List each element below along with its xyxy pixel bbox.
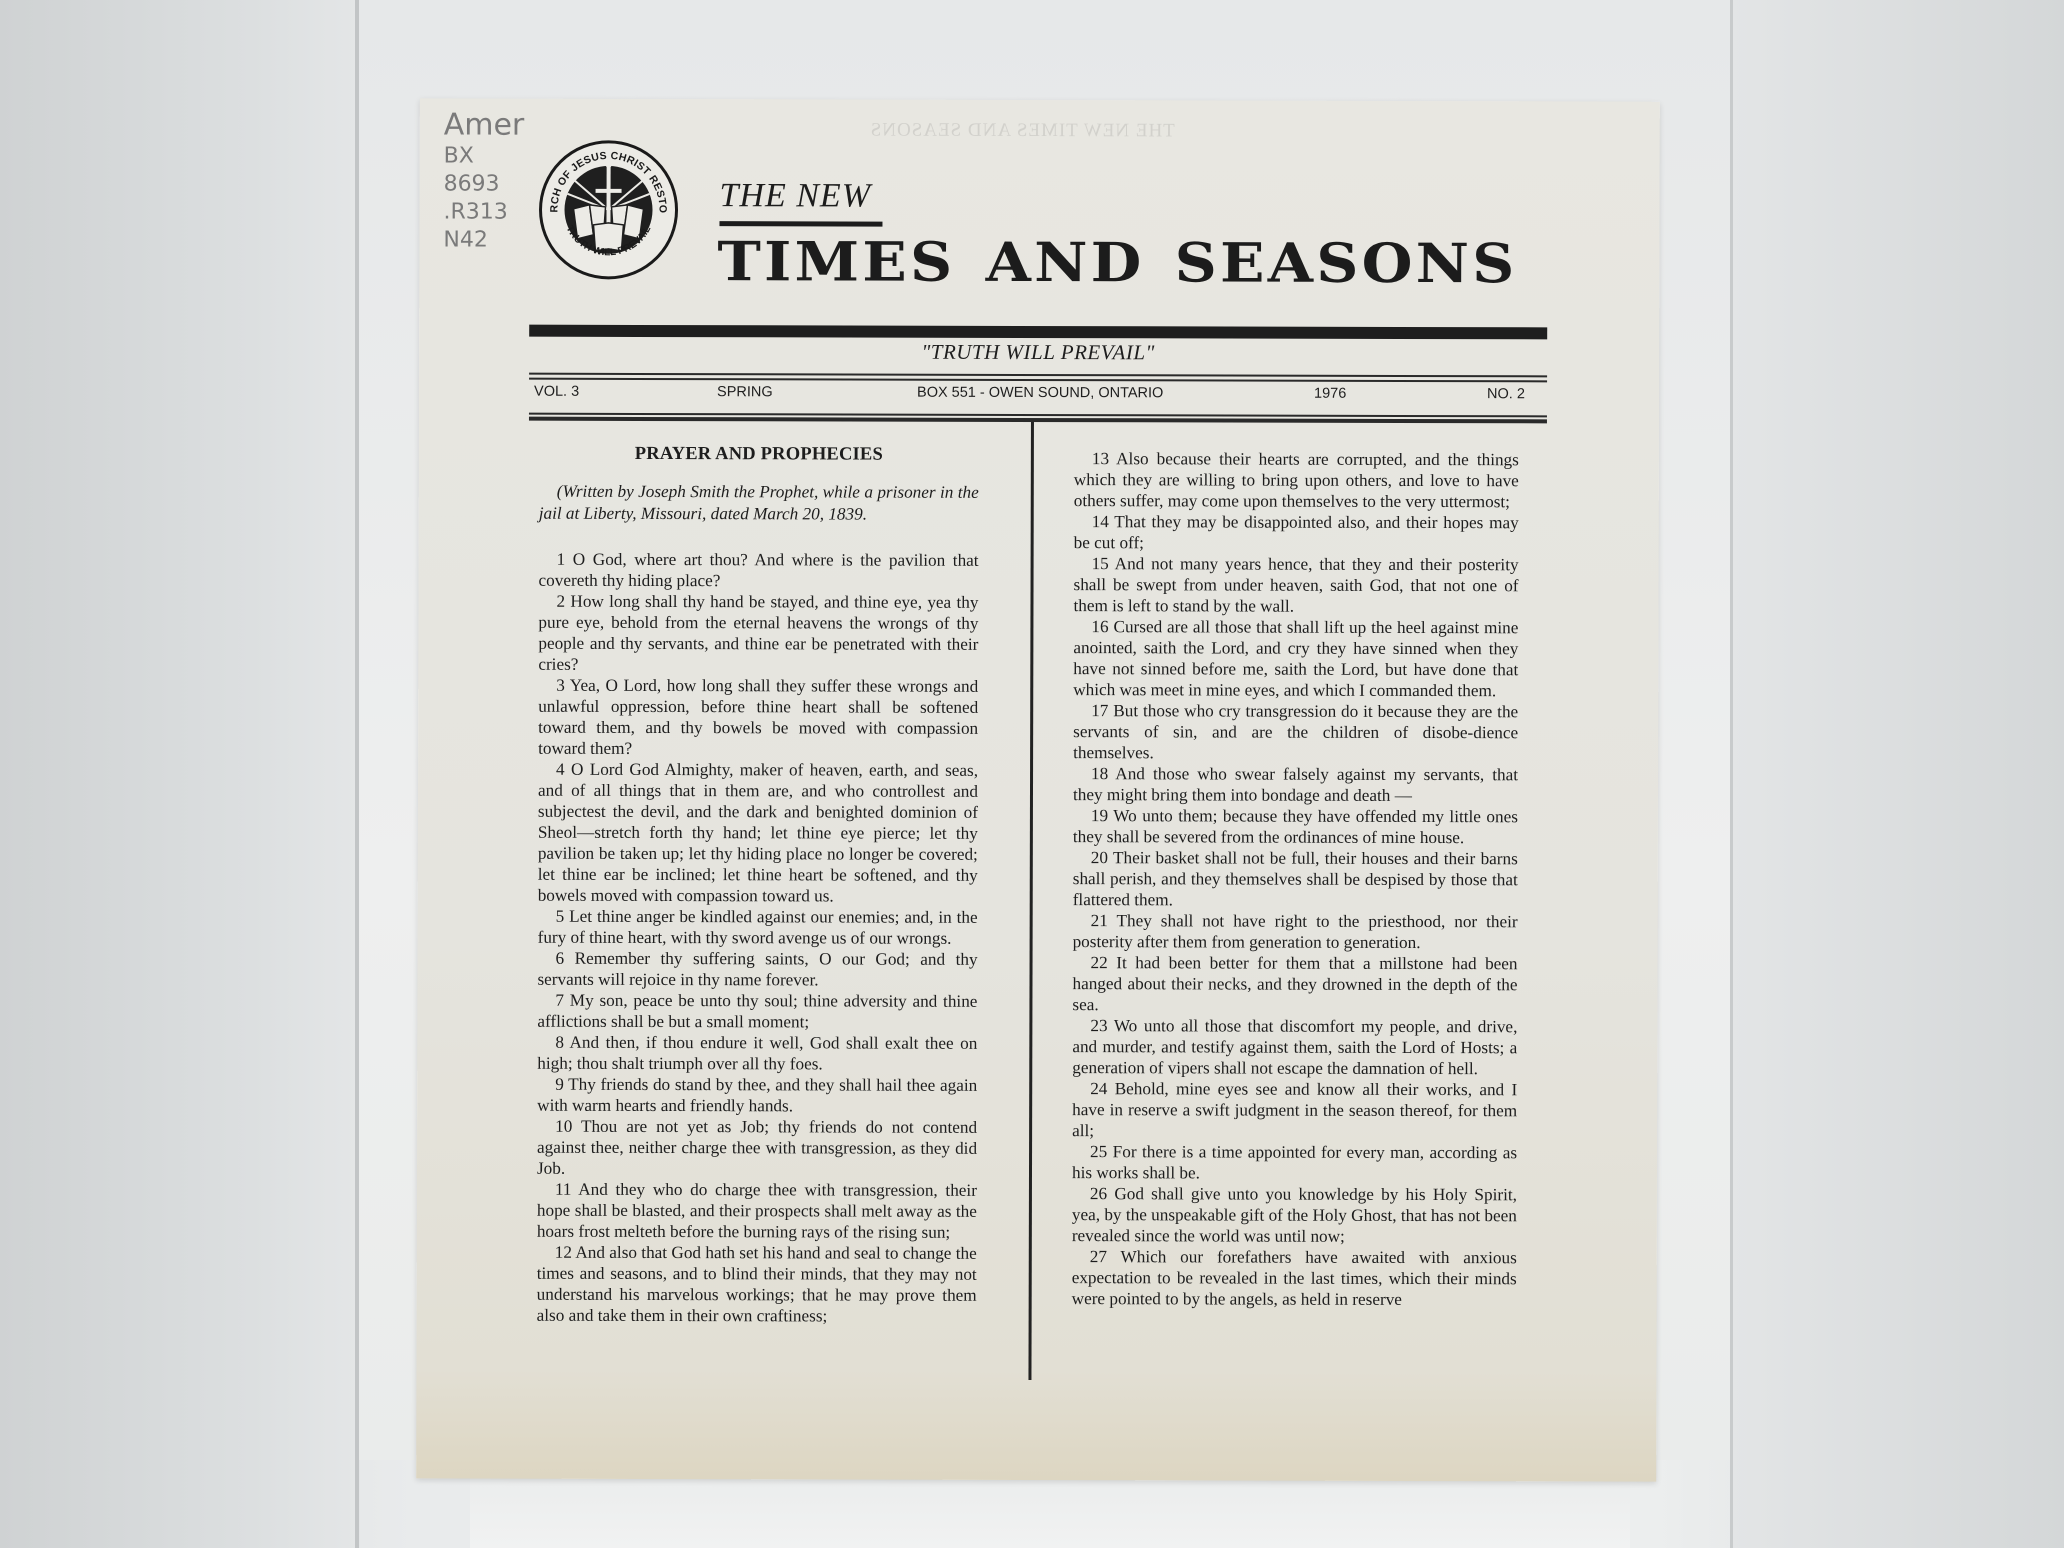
shelf-right-wall	[1730, 0, 2064, 1548]
verse: 1 O God, where art thou? And where is th…	[539, 549, 979, 592]
verse: 25 For there is a time appointed for eve…	[1072, 1141, 1517, 1184]
title-word: AND	[986, 230, 1145, 294]
article-column-left: PRAYER AND PROPHECIES (Written by Joseph…	[537, 444, 979, 1327]
verse: 17 But those who cry transgression do it…	[1073, 700, 1518, 764]
verse: 3 Yea, O Lord, how long shall they suffe…	[538, 675, 978, 760]
verse: 5 Let thine anger be kindled against our…	[538, 906, 978, 949]
handwritten-line: BX	[444, 142, 524, 170]
article-intro: (Written by Joseph Smith the Prophet, wh…	[539, 481, 979, 526]
issue-info-row: VOL. 3 SPRING BOX 551 - OWEN SOUND, ONTA…	[529, 384, 1547, 411]
verse: 14 That they may be disappointed also, a…	[1074, 511, 1519, 554]
verse: 19 Wo unto them; because they have offen…	[1073, 805, 1518, 848]
verse: 13 Also because their hearts are corrupt…	[1074, 448, 1519, 512]
verse: 21 They shall not have right to the prie…	[1073, 910, 1518, 953]
verse-list-right: 13 Also because their hearts are corrupt…	[1072, 448, 1519, 1310]
masthead-prefix-underline	[719, 221, 882, 226]
verse: 20 Their basket shall not be full, their…	[1073, 847, 1518, 911]
sword-and-books-emblem-icon: CHURCH OF JESUS CHRIST RESTORED TRUTH WI…	[537, 139, 679, 281]
shelf-edge-right	[1730, 0, 1733, 1548]
verse: 4 O Lord God Almighty, maker of heaven, …	[538, 759, 978, 907]
masthead-rule-thick	[529, 325, 1547, 340]
newsletter-page: THE NEW TIMES AND SEASONS Amer BX 8693 .…	[416, 98, 1660, 1481]
verse: 27 Which our forefathers have awaited wi…	[1072, 1246, 1517, 1310]
issue-year: 1976	[1314, 386, 1346, 402]
article-heading: PRAYER AND PROPHECIES	[539, 444, 979, 466]
issue-number: NO. 2	[1487, 386, 1525, 402]
shelf-edge-left	[355, 0, 359, 1548]
verse: 23 Wo unto all those that discomfort my …	[1072, 1015, 1517, 1079]
bleed-through-text: THE NEW TIMES AND SEASONS	[870, 120, 1175, 143]
verse: 12 And also that God hath set his hand a…	[537, 1242, 977, 1327]
verse: 16 Cursed are all those that shall lift …	[1073, 616, 1518, 701]
handwritten-line: 8693	[444, 170, 524, 198]
masthead-rule	[529, 417, 1547, 424]
masthead-title: TIMESANDSEASONS	[717, 229, 1517, 295]
handwritten-call-number: Amer BX 8693 .R313 N42	[443, 108, 523, 254]
shelf-left-wall	[0, 0, 360, 1548]
verse: 10 Thou are not yet as Job; thy friends …	[537, 1116, 977, 1180]
handwritten-line: .R313	[443, 198, 523, 226]
verse: 24 Behold, mine eyes see and know all th…	[1072, 1078, 1517, 1142]
issue-season: SPRING	[717, 384, 773, 400]
column-divider	[1028, 422, 1034, 1380]
issue-volume: VOL. 3	[534, 384, 579, 400]
issue-address: BOX 551 - OWEN SOUND, ONTARIO	[917, 385, 1163, 402]
verse: 26 God shall give unto you knowledge by …	[1072, 1183, 1517, 1247]
verse: 15 And not many years hence, that they a…	[1073, 553, 1518, 617]
verse: 2 How long shall thy hand be stayed, and…	[538, 591, 978, 676]
handwritten-line: N42	[443, 226, 523, 254]
masthead-motto: "TRUTH WILL PREVAIL"	[529, 339, 1547, 367]
verse: 18 And those who swear falsely against m…	[1073, 763, 1518, 806]
verse: 8 And then, if thou endure it well, God …	[537, 1032, 977, 1075]
verse: 9 Thy friends do stand by thee, and they…	[537, 1074, 977, 1117]
verse: 6 Remember thy suffering saints, O our G…	[537, 948, 977, 991]
title-word: TIMES	[717, 229, 955, 294]
masthead-prefix: THE NEW	[720, 177, 872, 215]
verse: 22 It had been better for them that a mi…	[1072, 952, 1517, 1016]
masthead-rule	[529, 373, 1547, 378]
title-word: SEASONS	[1175, 230, 1518, 295]
verse: 11 And they who do charge thee with tran…	[537, 1179, 977, 1243]
masthead-rule	[529, 378, 1547, 383]
verse-list-left: 1 O God, where art thou? And where is th…	[537, 549, 979, 1327]
verse: 7 My son, peace be unto thy soul; thine …	[537, 990, 977, 1033]
handwritten-line: Amer	[444, 108, 524, 142]
article-column-right: 13 Also because their hearts are corrupt…	[1072, 448, 1519, 1310]
